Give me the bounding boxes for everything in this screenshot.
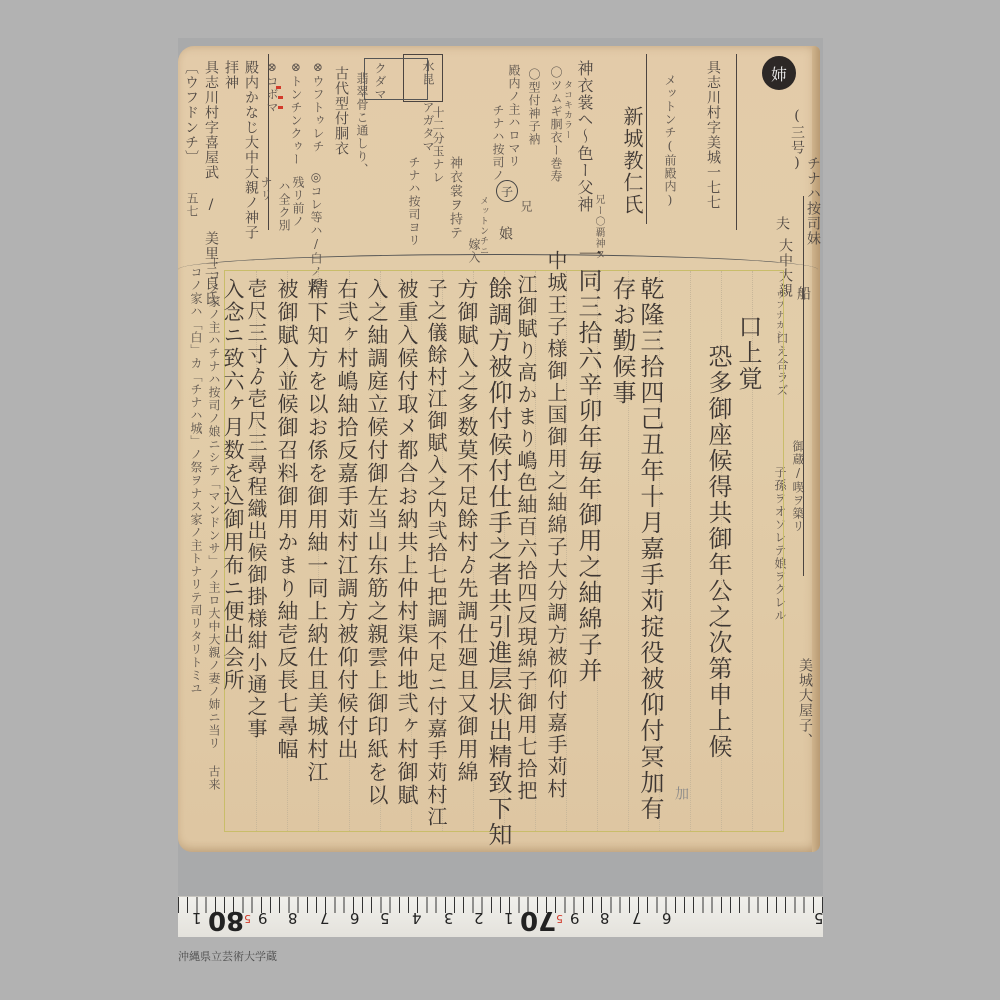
ruler-label: 8 [600,909,610,927]
ruler-ticks [178,897,823,913]
annotation: ハ全ク別 [278,180,290,232]
text-column: 精下知方を以お係を御用紬一同上納仕且美城村江 [306,278,327,784]
ruler-label: 7 [632,909,642,927]
collection-caption: 沖縄県立芸術大学蔵 [178,948,277,964]
text-column: 中城王子様御上国御用之紬綿子大分調方被仰付嘉手苅村 [546,250,566,800]
text-column: 存お勤候事 [610,276,634,406]
ruler-label: 70 [520,905,556,935]
ruler-label: 3 [444,909,454,927]
annotation: メットンチ(前殿内) [664,74,676,208]
text-column: 入念ニ致六ヶ月数を込御用布ニ便出会所 [222,278,243,692]
annotation: ーコノ家ノ主ハチナハ按司ノ娘ニシテ「マンドンサ」ノ主ロ大中大親ノ妻ノ姉ニ当リ 古… [208,256,220,791]
text-column: 恐多御座候得共御年公之次第申上候 [706,344,730,760]
ruler-label: 5 [244,912,251,925]
text-column: 江御賦り高かまり嶋色紬百六拾四反現綿子御用七拾把 [516,274,536,802]
margin-divider [646,54,647,224]
annotation: 御蔵/喫ヲ築リ [792,440,804,533]
ruler-label: 5 [814,909,824,927]
ruler-label: 6 [350,909,360,927]
text-column: 一同三拾六辛卯年毎年御用之紬綿子并 [576,242,600,684]
annotation: ⊗ウフトゥレチ [312,60,324,153]
annotation: 神衣裳ヲ持テ [448,156,461,240]
text-column: 方御賦入之多数莫不足餘村ゟ先調仕廻且又御用綿 [456,278,477,784]
text-column: 入之紬調庭立候付御左当山东筋之親雲上御印紙を以 [366,278,387,807]
ruler-label: 8 [288,909,298,927]
annotation: 具志川村字美城一七七 [706,60,720,210]
ruler-label: 1 [504,909,514,927]
annotation: ナリ [260,176,272,202]
text-column: 子之儀餘村江御賦入之内弐拾七把調不足ニ付嘉手苅村江 [426,278,446,828]
insert-mark: 加 [674,786,688,801]
ruler-label: 2 [474,909,484,927]
red-mark [276,86,281,89]
annotation: (三号) [790,108,804,172]
annotation: 殿内かなじ大中大親ノ神子 [244,60,258,240]
text-column: 口上覚 [736,314,760,392]
text-column: 被御賦入並候御召料御用かまり紬壱反長七尋幅 [276,278,297,761]
annotation: 〇型付神子衲 [528,68,540,146]
annotation: チナハ按司ノ [492,104,504,182]
text-column: 壱尺三寸ゟ壱尺三尋程織出候御掛様紺小通之事 [246,278,266,740]
text-column: 乾隆三拾四己丑年十月嘉手苅掟役被仰付冥加有 [638,276,662,822]
red-mark [278,96,283,99]
annotation: チナハ按司ヨリ [408,156,420,247]
annotation: 拝神 [224,60,238,90]
annotation: 古代型付胴衣 [334,66,348,156]
text-column: 被重入候付取メ都合お納共上仲村渠仲地弐ヶ村御賦 [396,278,417,807]
seal-stamp: 姉 [762,56,796,90]
annotation: 娘 [498,226,512,241]
annotation: 新城教仁氏 [622,106,642,216]
annotation: 嫁入 [468,238,480,264]
annotation: 神衣裳ヘ〜色ー父神 [576,60,592,213]
text-column: 餘調方被仰付候付仕手之者共引進层状出精致下知 [486,276,510,848]
annotation: 夫 [775,216,789,231]
annotation: 美城大屋子、 [798,658,812,748]
ruler-label: 1 [192,909,202,927]
annotation: 殿内ノ主ハロマリ [508,64,520,168]
annotation: 残リ前ノ [292,176,304,228]
annotation: 十二分玉ナレ [432,106,444,184]
annotation: タコキカラー [562,80,571,140]
archive-photo: 姉 (三号) チナハ按司妹 夫 大中大親 ウフナカシ 船 口え合ラズ 御蔵/喫ヲ… [178,38,823,935]
annotation: 船 [796,286,810,301]
ruler-label: 6 [662,909,672,927]
ruler-label: 80 [208,905,244,935]
manuscript-page: 姉 (三号) チナハ按司妹 夫 大中大親 ウフナカシ 船 口え合ラズ 御蔵/喫ヲ… [178,46,820,852]
annotation: 〔ウフドンチ〕 [184,60,198,165]
ruler-label: 5 [380,909,390,927]
annotation: クダマ [374,62,386,101]
ruler-label: 5 [556,912,563,925]
annotation: 〇ツムギ胴衣ー巻寿 [550,66,562,183]
annotation: ⊗トンチンクゥー [290,60,302,166]
text-column: 右弐ヶ村嶋紬拾反嘉手苅村江調方被仰付候付出 [336,278,357,761]
annotation: コノ家ハ「白」カ「チナハ城」ノ祭ヲナス家ノ主トナリテ司リタリトミユ [190,266,202,695]
measuring-ruler: 1 80 5 9 8 7 6 5 4 3 2 1 70 5 9 8 7 6 5 [178,896,823,937]
ruler-label: 7 [320,909,330,927]
red-mark [278,106,283,109]
ruler-label: 9 [258,909,268,927]
margin-divider [736,54,737,230]
ruler-label: 4 [412,909,422,927]
annotation: 五七 [186,192,198,218]
ruler-label: 9 [570,909,580,927]
annotation: チナハ按司妹 [806,156,820,246]
circle-marker: 子 [496,180,518,202]
annotation: 兄 [520,200,532,213]
annotation: 翡翠骨こ通しり、 [356,72,368,176]
